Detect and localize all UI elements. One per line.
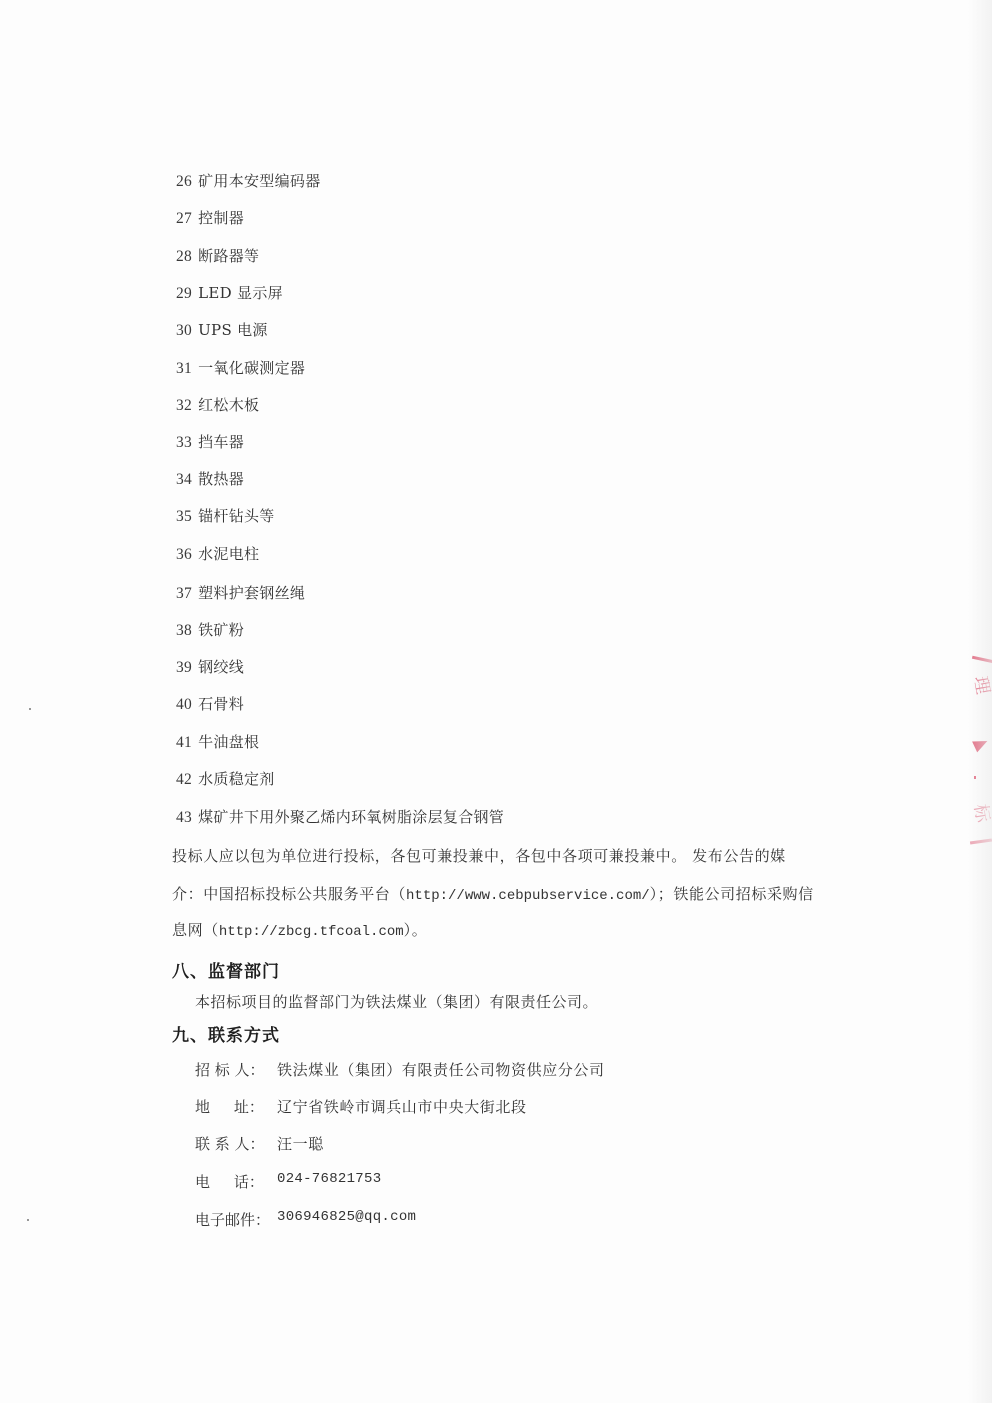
bidding-note-line-2: 介：中国招标投标公共服务平台（http://www.cebpubservice.… [172,883,814,904]
section-9-heading: 九、联系方式 [172,1021,280,1046]
list-item: 35锚杆钻头等 [176,505,275,526]
contact-label: 地 址： [195,1096,277,1117]
item-number: 35 [176,508,192,526]
item-text: 铁矿粉 [198,621,244,639]
list-item: 33挡车器 [176,431,244,452]
list-item: 29LED 显示屏 [176,282,283,303]
tfcoal-link[interactable]: http://zbcg.tfcoal.com [219,924,404,940]
item-text: 水质稳定剂 [198,770,275,788]
section-8-heading: 八、监督部门 [172,957,280,982]
phone-number: 024-76821753 [277,1171,381,1192]
list-item: 43煤矿井下用外聚乙烯内环氧树脂涂层复合钢管 [176,806,504,827]
contact-value: 汪一聪 [277,1133,324,1154]
item-number: 28 [176,248,192,266]
bidding-note-line-3: 息网（http://zbcg.tfcoal.com）。 [172,919,427,940]
contact-address: 地 址： 辽宁省铁岭市调兵山市中央大街北段 [195,1096,527,1117]
item-text: 红松木板 [198,396,259,414]
item-number: 31 [176,360,192,378]
media-label: 介：中国招标投标公共服务平台（ [172,885,406,903]
item-text: 水泥电柱 [198,545,259,563]
contact-phone: 电 话： 024-76821753 [195,1171,381,1192]
scan-speck [29,708,31,710]
item-text: 控制器 [198,209,244,227]
item-number: 32 [176,397,192,415]
contact-person: 联 系 人： 汪一聪 [195,1133,324,1154]
item-text: 牛油盘根 [198,733,259,751]
media-suffix: ）；铁能公司招标采购信 [650,885,814,903]
item-number: 34 [176,471,192,489]
item-text: 石骨料 [198,695,244,713]
contact-label: 电 话： [195,1171,277,1192]
contact-email: 电子邮件： 306946825@qq.com [195,1209,416,1230]
document-page: 26矿用本安型编码器 27控制器 28断路器等 29LED 显示屏 30UPS … [0,0,992,1403]
list-item: 31一氧化碳测定器 [176,357,305,378]
item-number: 26 [176,173,192,191]
item-number: 40 [176,696,192,714]
contact-label: 招 标 人： [195,1059,277,1080]
item-text: 塑料护套钢丝绳 [198,584,305,602]
item-text: 矿用本安型编码器 [198,172,320,190]
contact-label: 联 系 人： [195,1133,277,1154]
list-item: 26矿用本安型编码器 [176,170,321,191]
list-item: 37塑料护套钢丝绳 [176,582,305,603]
list-item: 38铁矿粉 [176,619,244,640]
contact-value: 辽宁省铁岭市调兵山市中央大街北段 [277,1096,527,1117]
list-item: 32红松木板 [176,394,259,415]
item-text: 钢绞线 [198,658,244,676]
list-item: 34散热器 [176,468,244,489]
item-text: 断路器等 [198,247,259,265]
list-item: 36水泥电柱 [176,543,259,564]
contact-tenderer: 招 标 人： 铁法煤业（集团）有限责任公司物资供应分公司 [195,1059,605,1080]
item-number: 27 [176,210,192,228]
bidding-note-line-1: 投标人应以包为单位进行投标，各包可兼投兼中，各包中各项可兼投兼中。 发布公告的媒 [172,845,786,866]
cebpubservice-link[interactable]: http://www.cebpubservice.com/ [406,888,650,904]
item-text: 煤矿井下用外聚乙烯内环氧树脂涂层复合钢管 [198,808,504,826]
item-text: 散热器 [198,470,244,488]
item-number: 38 [176,622,192,640]
item-number: 43 [176,809,192,827]
item-text: 一氧化碳测定器 [198,359,305,377]
item-number: 41 [176,734,192,752]
item-number: 29 [176,285,192,303]
email-address[interactable]: 306946825@qq.com [277,1209,416,1230]
item-number: 42 [176,771,192,789]
scan-edge-shadow [968,0,992,1403]
section-8-body: 本招标项目的监督部门为铁法煤业（集团）有限责任公司。 [195,991,598,1012]
list-item: 28断路器等 [176,245,259,266]
list-item: 41牛油盘根 [176,731,259,752]
item-text: LED 显示屏 [198,284,283,302]
contact-label: 电子邮件： [195,1209,277,1230]
list-item: 39钢绞线 [176,656,244,677]
item-text: 锚杆钻头等 [198,507,275,525]
item-number: 30 [176,322,192,340]
list-item: 42水质稳定剂 [176,768,275,789]
item-number: 39 [176,659,192,677]
item-number: 33 [176,434,192,452]
item-text: 挡车器 [198,433,244,451]
item-number: 36 [176,546,192,564]
media-suffix-2: ）。 [404,921,428,939]
item-number: 37 [176,585,192,603]
scan-speck [27,1219,29,1221]
media-label-2: 息网（ [172,921,219,939]
list-item: 27控制器 [176,207,244,228]
contact-value: 铁法煤业（集团）有限责任公司物资供应分公司 [277,1059,605,1080]
list-item: 30UPS 电源 [176,319,268,340]
item-text: UPS 电源 [198,321,268,339]
list-item: 40石骨料 [176,693,244,714]
